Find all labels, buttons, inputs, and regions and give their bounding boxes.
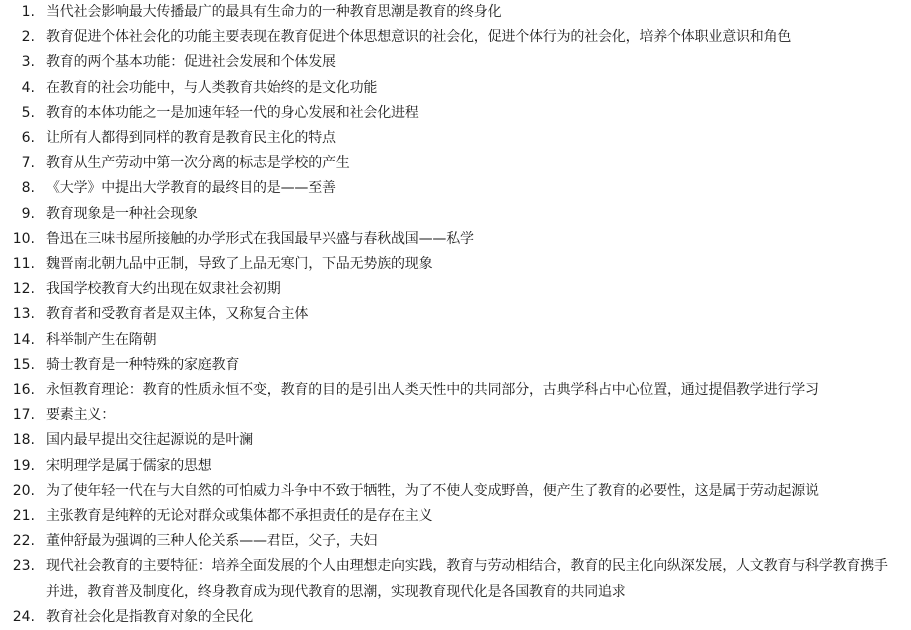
list-item: 18.国内最早提出交往起源说的是叶澜 (0, 428, 911, 453)
item-text: 当代社会影响最大传播最广的最具有生命力的一种教育思潮是教育的终身化 (46, 0, 899, 25)
list-item: 21.主张教育是纯粹的无论对群众或集体都不承担责任的是存在主义 (0, 504, 911, 529)
item-number: 9. (0, 202, 35, 227)
item-number: 1. (0, 0, 35, 25)
item-number: 19. (0, 454, 35, 479)
item-number: 13. (0, 302, 35, 327)
list-item: 8.《大学》中提出大学教育的最终目的是——至善 (0, 176, 911, 201)
item-number: 18. (0, 428, 35, 453)
list-item: 9.教育现象是一种社会现象 (0, 202, 911, 227)
item-text: 教育的本体功能之一是加速年轻一代的身心发展和社会化进程 (46, 101, 899, 126)
item-number: 8. (0, 176, 35, 201)
list-item: 7.教育从生产劳动中第一次分离的标志是学校的产生 (0, 151, 911, 176)
item-text: 永恒教育理论：教育的性质永恒不变，教育的目的是引出人类天性中的共同部分，古典学科… (46, 378, 899, 403)
item-number: 15. (0, 353, 35, 378)
list-item: 19.宋明理学是属于儒家的思想 (0, 454, 911, 479)
item-text: 《大学》中提出大学教育的最终目的是——至善 (46, 176, 899, 201)
list-item: 1.当代社会影响最大传播最广的最具有生命力的一种教育思潮是教育的终身化 (0, 0, 911, 25)
item-number: 20. (0, 479, 35, 504)
item-text: 骑士教育是一种特殊的家庭教育 (46, 353, 899, 378)
item-number: 10. (0, 227, 35, 252)
item-text: 让所有人都得到同样的教育是教育民主化的特点 (46, 126, 899, 151)
list-item: 13.教育者和受教育者是双主体，又称复合主体 (0, 302, 911, 327)
item-number: 16. (0, 378, 35, 403)
item-number: 23. (0, 554, 35, 579)
item-number: 17. (0, 403, 35, 428)
list-item: 12.我国学校教育大约出现在奴隶社会初期 (0, 277, 911, 302)
item-number: 11. (0, 252, 35, 277)
list-item: 10.鲁迅在三味书屋所接触的办学形式在我国最早兴盛与春秋战国——私学 (0, 227, 911, 252)
list-item: 24.教育社会化是指教育对象的全民化 (0, 605, 911, 630)
item-number: 3. (0, 50, 35, 75)
item-number: 6. (0, 126, 35, 151)
item-text: 在教育的社会功能中，与人类教育共始终的是文化功能 (46, 76, 899, 101)
item-text: 主张教育是纯粹的无论对群众或集体都不承担责任的是存在主义 (46, 504, 899, 529)
list-item: 22.董仲舒最为强调的三种人伦关系——君臣，父子，夫妇 (0, 529, 911, 554)
item-text: 教育现象是一种社会现象 (46, 202, 899, 227)
item-text: 鲁迅在三味书屋所接触的办学形式在我国最早兴盛与春秋战国——私学 (46, 227, 899, 252)
list-item: 6.让所有人都得到同样的教育是教育民主化的特点 (0, 126, 911, 151)
list-item: 16.永恒教育理论：教育的性质永恒不变，教育的目的是引出人类天性中的共同部分，古… (0, 378, 911, 403)
list-item: 5.教育的本体功能之一是加速年轻一代的身心发展和社会化进程 (0, 101, 911, 126)
item-text: 教育社会化是指教育对象的全民化 (46, 605, 899, 630)
list-item: 20.为了使年轻一代在与大自然的可怕威力斗争中不致于牺牲，为了不使人变成野兽，便… (0, 479, 911, 504)
list-item: 11.魏晋南北朝九品中正制，导致了上品无寒门，下品无势族的现象 (0, 252, 911, 277)
list-item: 23.现代社会教育的主要特征：培养全面发展的个人由理想走向实践，教育与劳动相结合… (0, 554, 911, 604)
list-item: 15.骑士教育是一种特殊的家庭教育 (0, 353, 911, 378)
item-text: 教育者和受教育者是双主体，又称复合主体 (46, 302, 899, 327)
item-text: 科举制产生在隋朝 (46, 328, 899, 353)
item-number: 21. (0, 504, 35, 529)
item-number: 14. (0, 328, 35, 353)
item-number: 2. (0, 25, 35, 50)
item-number: 7. (0, 151, 35, 176)
item-number: 12. (0, 277, 35, 302)
item-text: 现代社会教育的主要特征：培养全面发展的个人由理想走向实践，教育与劳动相结合，教育… (46, 554, 899, 604)
item-number: 5. (0, 101, 35, 126)
list-item: 17.要素主义： (0, 403, 911, 428)
item-text: 教育促进个体社会化的功能主要表现在教育促进个体思想意识的社会化，促进个体行为的社… (46, 25, 899, 50)
list-item: 3.教育的两个基本功能：促进社会发展和个体发展 (0, 50, 911, 75)
item-text: 我国学校教育大约出现在奴隶社会初期 (46, 277, 899, 302)
list-item: 4.在教育的社会功能中，与人类教育共始终的是文化功能 (0, 76, 911, 101)
numbered-list: 1.当代社会影响最大传播最广的最具有生命力的一种教育思潮是教育的终身化 2.教育… (0, 0, 911, 630)
item-text: 国内最早提出交往起源说的是叶澜 (46, 428, 899, 453)
item-text: 教育的两个基本功能：促进社会发展和个体发展 (46, 50, 899, 75)
item-number: 4. (0, 76, 35, 101)
item-number: 22. (0, 529, 35, 554)
document-page: 1.当代社会影响最大传播最广的最具有生命力的一种教育思潮是教育的终身化 2.教育… (0, 0, 911, 630)
item-text: 魏晋南北朝九品中正制，导致了上品无寒门，下品无势族的现象 (46, 252, 899, 277)
list-item: 2.教育促进个体社会化的功能主要表现在教育促进个体思想意识的社会化，促进个体行为… (0, 25, 911, 50)
item-text: 教育从生产劳动中第一次分离的标志是学校的产生 (46, 151, 899, 176)
item-number: 24. (0, 605, 35, 630)
item-text: 宋明理学是属于儒家的思想 (46, 454, 899, 479)
list-item: 14.科举制产生在隋朝 (0, 328, 911, 353)
item-text: 为了使年轻一代在与大自然的可怕威力斗争中不致于牺牲，为了不使人变成野兽，便产生了… (46, 479, 899, 504)
item-text: 要素主义： (46, 403, 899, 428)
item-text: 董仲舒最为强调的三种人伦关系——君臣，父子，夫妇 (46, 529, 899, 554)
